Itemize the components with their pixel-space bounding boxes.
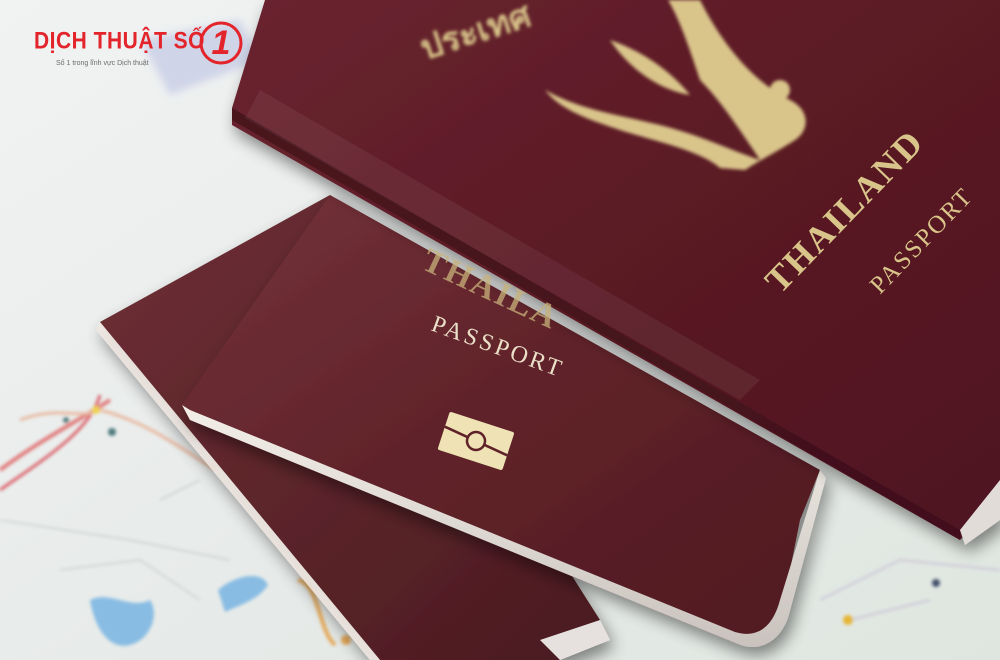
photo-illustration: ประเทศ THAILAND PASSPORT THAILA PASSPORT [0,0,1000,660]
passport-photo: ประเทศ THAILAND PASSPORT THAILA PASSPORT [0,0,1000,660]
brand-name: DỊCH THUẬT SỐ [34,28,205,56]
brand-tagline: Số 1 trong lĩnh vực Dịch thuật [56,60,149,67]
brand-logo: DỊCH THUẬT SỐ Số 1 trong lĩnh vực Dịch t… [34,18,254,74]
brand-number-badge: 1 [198,20,244,66]
brand-number: 1 [198,20,244,66]
